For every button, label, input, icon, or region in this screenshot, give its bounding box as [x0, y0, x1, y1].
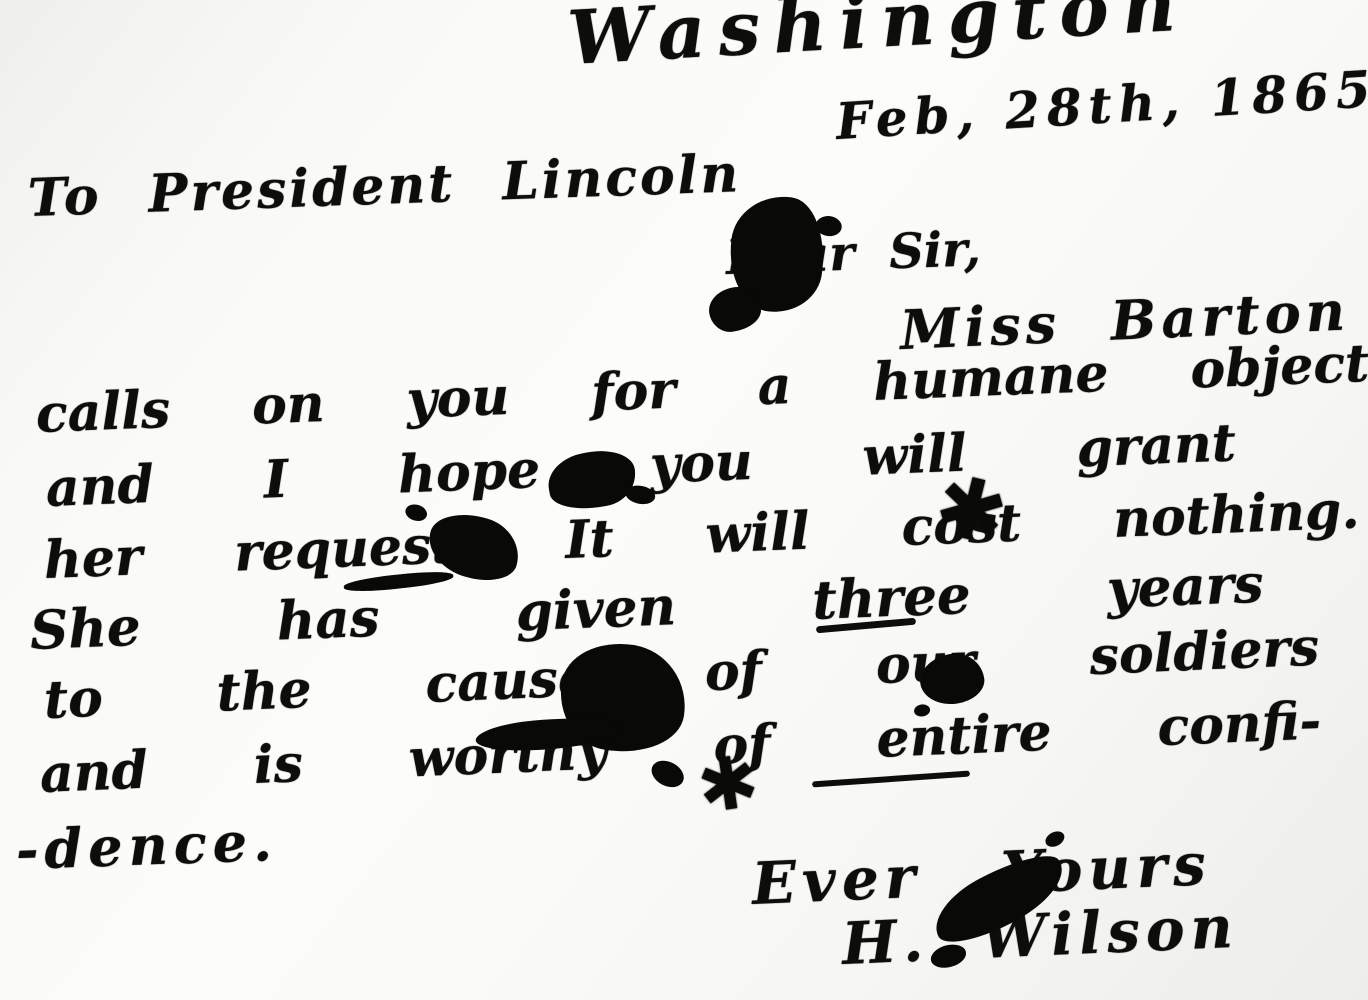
ink-blot [723, 191, 830, 318]
letter-place: Washington [566, 0, 1191, 82]
letter-date: Feb, 28th, 1865, [834, 57, 1368, 150]
underline-stroke [812, 770, 970, 787]
letter-document: Washington Feb, 28th, 1865, To President… [0, 0, 1368, 1000]
ink-splatter-icon: ✱ [693, 744, 763, 824]
letter-body-line: -dence. [15, 809, 279, 882]
letter-address-line: To President Lincoln [27, 143, 742, 229]
